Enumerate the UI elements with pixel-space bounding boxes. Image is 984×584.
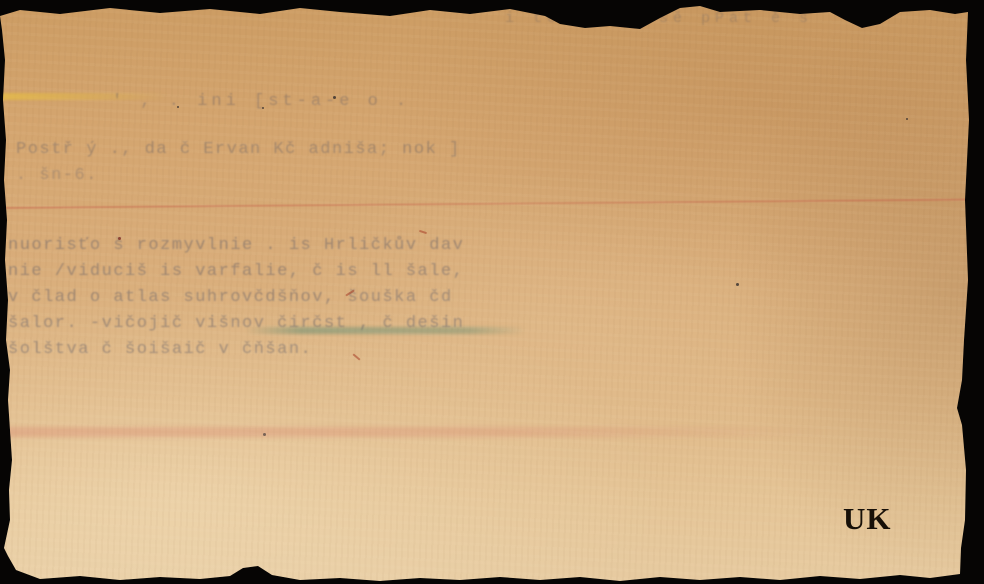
red-fibre: [352, 353, 360, 360]
ghost-text-line: . šn-6.: [16, 166, 98, 185]
ghost-text-line: Postř ý ., da č Ervan Kč adniša; nok ]: [16, 140, 461, 159]
red-fibre: [419, 230, 427, 234]
ghost-text-line: i tě Pa ps sě pPat ě s: [505, 10, 813, 27]
paper-speck: [177, 106, 179, 108]
red-ruled-line: [0, 198, 984, 208]
paper-speck: [262, 107, 264, 109]
ghost-text-line: šolštva č šoišaič v čňšan.: [8, 340, 312, 359]
ghost-text-line: v člad o atlas suhrovčdšňov, šouška čd: [8, 288, 453, 307]
paper-speck: [263, 433, 266, 436]
paper-speck: [118, 237, 121, 240]
pink-ink-smear: [0, 427, 830, 437]
ghost-text-line: nie /viduciš is varfalie, č is ll šale,: [8, 262, 464, 281]
scan-background: i tě Pa ps sě pPat ě s ' , . ini [st-a-e…: [0, 0, 984, 584]
paper-speck: [333, 96, 336, 99]
paper-speck: [906, 118, 908, 120]
ghost-text-line: šalor. -vičojič višnov čirčst , č dešin: [8, 314, 464, 333]
ghost-text-line: nuorisťo š rozmyvlnie . is Hrličkův dav: [8, 236, 464, 255]
paper-speck: [736, 283, 739, 286]
uk-stamp: UK: [843, 501, 892, 537]
index-card: i tě Pa ps sě pPat ě s ' , . ini [st-a-e…: [0, 0, 984, 584]
